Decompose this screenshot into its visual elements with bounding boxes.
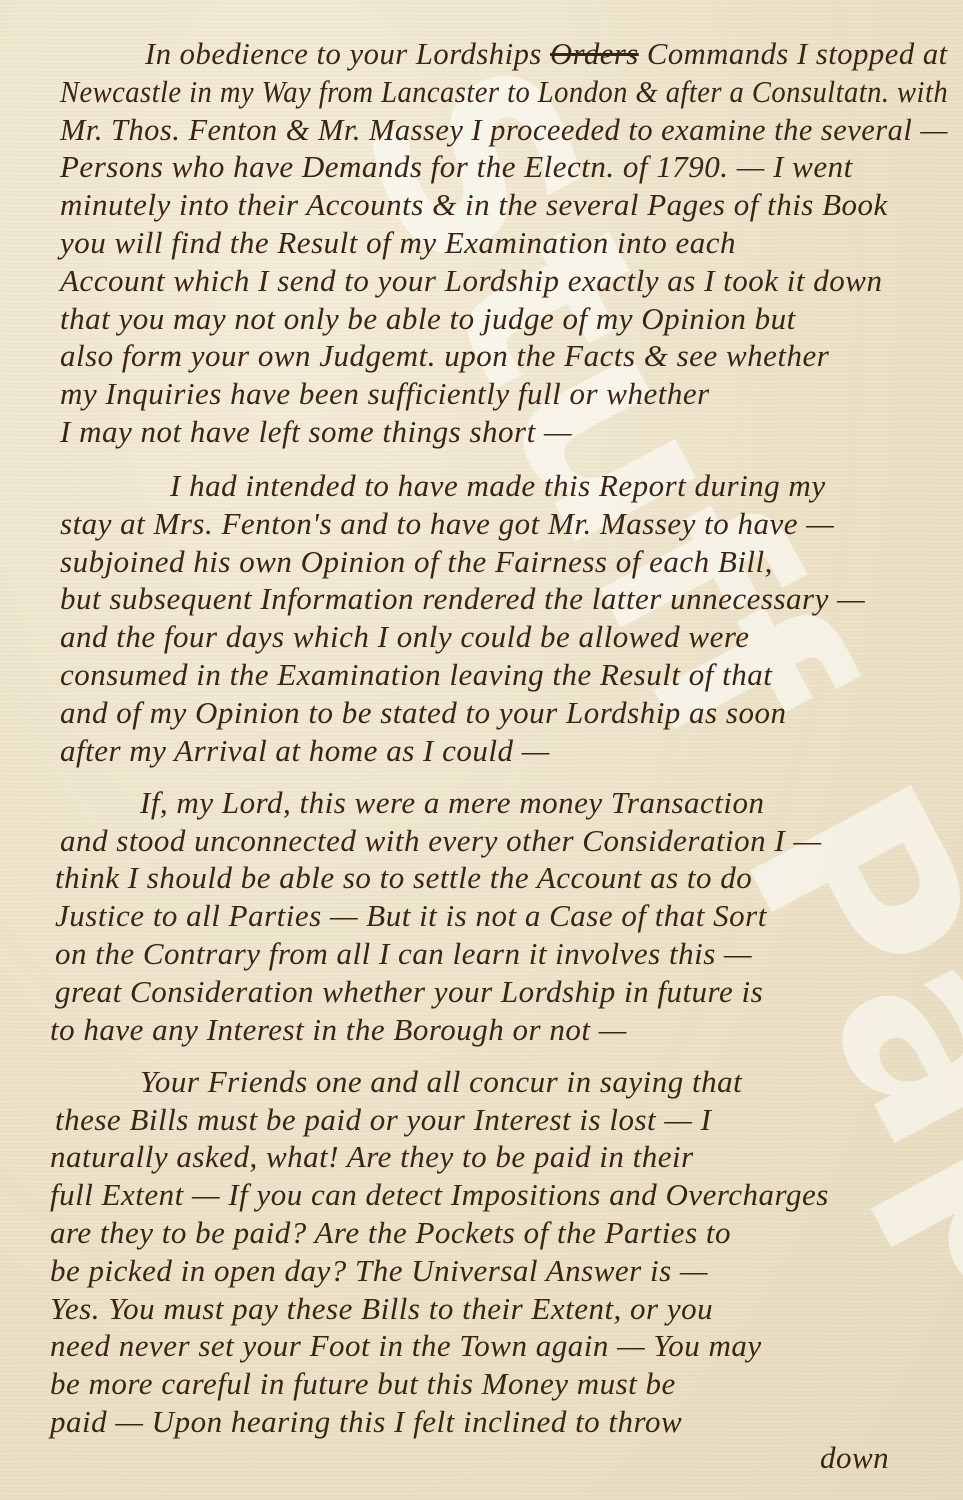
handwritten-line: need never set your Foot in the Town aga…	[50, 1328, 762, 1364]
handwritten-line: subjoined his own Opinion of the Fairnes…	[60, 544, 773, 580]
handwritten-line: consumed in the Examination leaving the …	[60, 657, 772, 693]
handwritten-line: stay at Mrs. Fenton's and to have got Mr…	[60, 506, 834, 542]
handwritten-line: Newcastle in my Way from Lancaster to Lo…	[60, 74, 948, 110]
handwritten-line: Account which I send to your Lordship ex…	[60, 263, 882, 299]
handwritten-line: Persons who have Demands for the Electn.…	[60, 149, 853, 185]
handwritten-line: and the four days which I only could be …	[60, 619, 750, 655]
handwritten-line: also form your own Judgemt. upon the Fac…	[60, 338, 829, 374]
handwritten-line: great Consideration whether your Lordshi…	[55, 974, 763, 1010]
handwritten-line: are they to be paid? Are the Pockets of …	[50, 1215, 731, 1251]
handwritten-line: on the Contrary from all I can learn it …	[55, 936, 752, 972]
handwritten-line: be more careful in future but this Money…	[50, 1366, 676, 1402]
handwritten-line: I had intended to have made this Report …	[170, 468, 826, 504]
handwritten-line: Yes. You must pay these Bills to their E…	[50, 1291, 713, 1327]
handwritten-line: In obedience to your Lordships Orders Co…	[145, 36, 948, 72]
handwritten-line: my Inquiries have been sufficiently full…	[60, 376, 710, 412]
handwritten-line: think I should be able so to settle the …	[55, 860, 752, 896]
catchword: down	[820, 1440, 889, 1476]
handwritten-line: to have any Interest in the Borough or n…	[50, 1012, 627, 1048]
handwritten-line: full Extent — If you can detect Impositi…	[50, 1177, 829, 1213]
handwritten-line: that you may not only be able to judge o…	[60, 301, 796, 337]
handwritten-line: I may not have left some things short —	[60, 414, 572, 450]
handwritten-line: but subsequent Information rendered the …	[60, 581, 865, 617]
handwritten-line: If, my Lord, this were a mere money Tran…	[140, 785, 765, 821]
paper-background: Stuff Papers In obedience to your Lordsh…	[0, 0, 963, 1500]
letter-body: In obedience to your Lordships Orders Co…	[0, 0, 963, 1500]
handwritten-line: these Bills must be paid or your Interes…	[55, 1102, 712, 1138]
handwritten-line: Mr. Thos. Fenton & Mr. Massey I proceede…	[60, 112, 948, 148]
handwritten-line: naturally asked, what! Are they to be pa…	[50, 1139, 694, 1175]
struck-word: Orders	[550, 36, 639, 71]
handwritten-line: and stood unconnected with every other C…	[60, 823, 822, 859]
handwritten-line: after my Arrival at home as I could —	[60, 733, 550, 769]
handwritten-line: minutely into their Accounts & in the se…	[60, 187, 888, 223]
handwritten-line: paid — Upon hearing this I felt inclined…	[50, 1404, 682, 1440]
handwritten-line: be picked in open day? The Universal Ans…	[50, 1253, 708, 1289]
handwritten-line: you will find the Result of my Examinati…	[60, 225, 736, 261]
handwritten-line: Your Friends one and all concur in sayin…	[140, 1064, 742, 1100]
handwritten-line: Justice to all Parties — But it is not a…	[55, 898, 767, 934]
handwritten-line: and of my Opinion to be stated to your L…	[60, 695, 786, 731]
